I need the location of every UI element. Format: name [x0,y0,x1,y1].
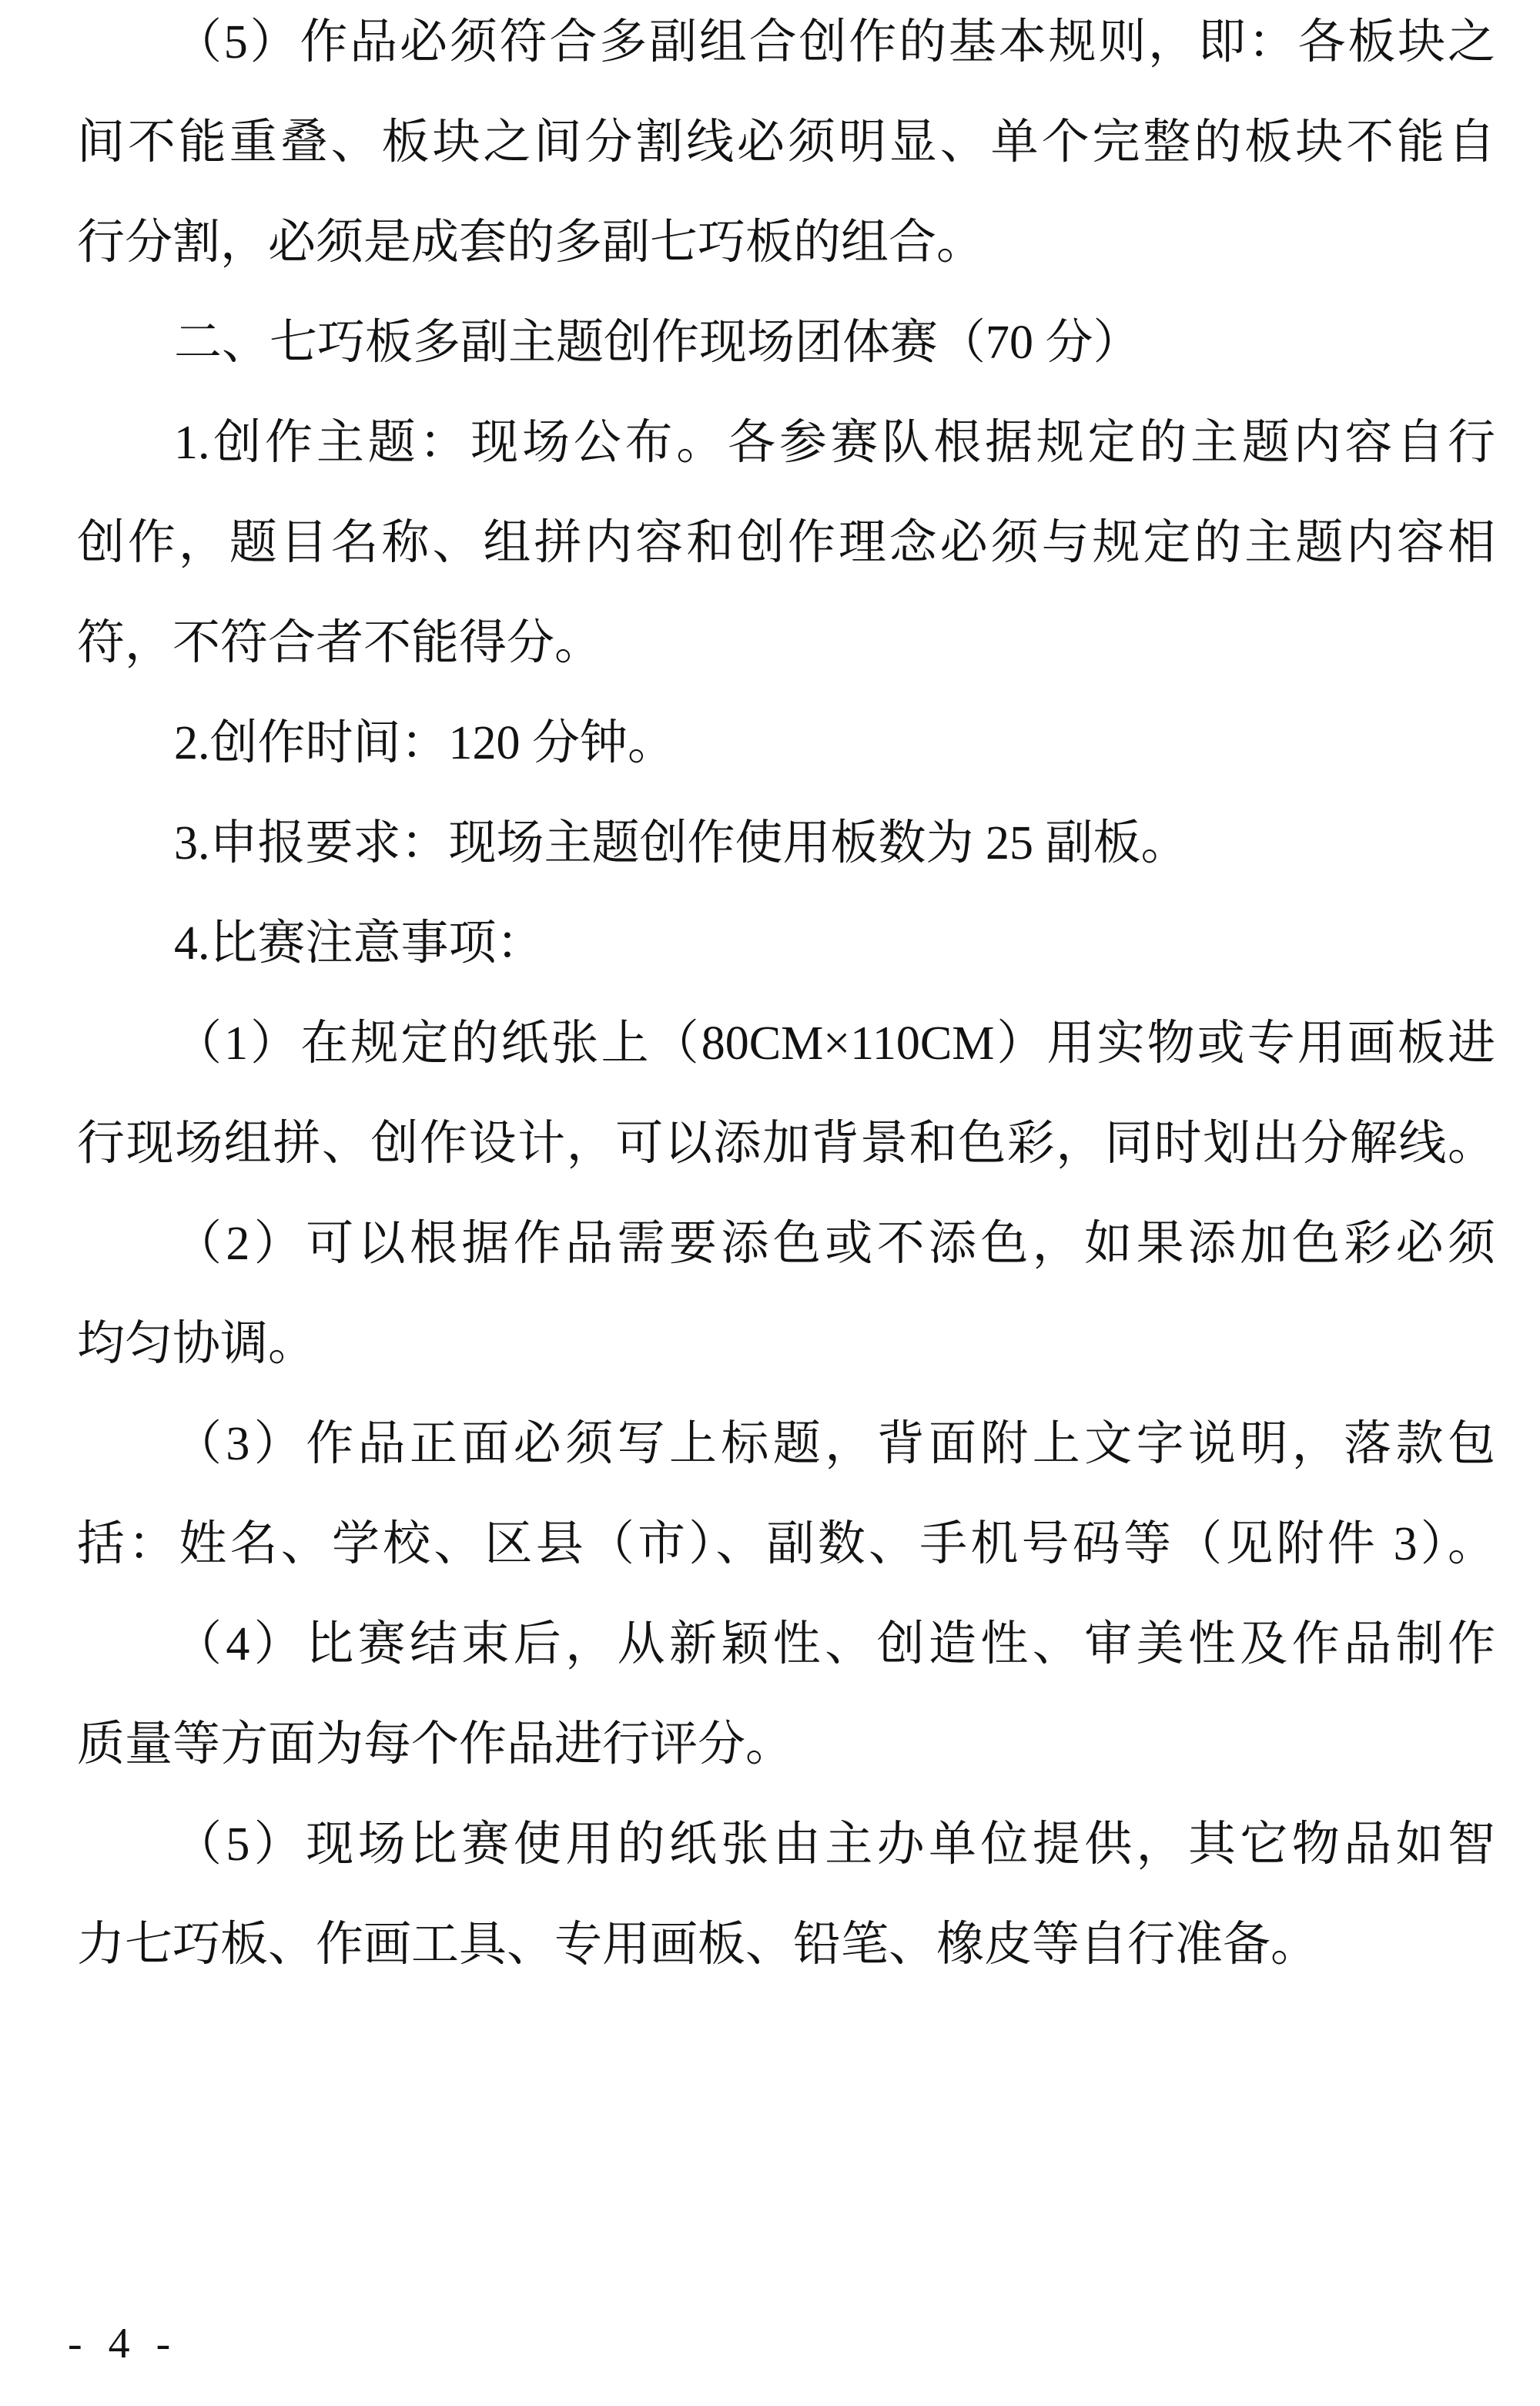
text-line: 力七巧板、作画工具、专用画板、铅笔、橡皮等自行准备。 [77,1895,1495,1995]
text-line: （1）在规定的纸张上（80CM×110CM）用实物或专用画板进 [77,994,1495,1094]
text-line: （2）可以根据作品需要添色或不添色，如果添加色彩必须 [77,1194,1495,1294]
document-page: （5）作品必须符合多副组合创作的基本规则，即：各板块之 间不能重叠、板块之间分割… [0,0,1540,2406]
text-line: 质量等方面为每个作品进行评分。 [77,1694,1495,1794]
text-line: （5）作品必须符合多副组合创作的基本规则，即：各板块之 [77,0,1495,92]
text-line: （5）现场比赛使用的纸张由主办单位提供，其它物品如智 [77,1794,1495,1895]
text-line: 行分割，必须是成套的多副七巧板的组合。 [77,193,1495,293]
page-number: - 4 - [68,2309,178,2378]
text-line: 2.创作时间：120 分钟。 [77,693,1495,793]
text-line: 符，不符合者不能得分。 [77,593,1495,693]
text-line: 均匀协调。 [77,1294,1495,1394]
text-line: 1.创作主题：现场公布。各参赛队根据规定的主题内容自行 [77,393,1495,493]
text-line: 3.申报要求：现场主题创作使用板数为 25 副板。 [77,793,1495,893]
text-line: 创作，题目名称、组拼内容和创作理念必须与规定的主题内容相 [77,493,1495,593]
section-heading-line: 二、七巧板多副主题创作现场团体赛（70 分） [77,293,1495,393]
text-line: 4.比赛注意事项： [77,893,1495,994]
text-line: （4）比赛结束后，从新颖性、创造性、审美性及作品制作 [77,1594,1495,1694]
text-line: （3）作品正面必须写上标题，背面附上文字说明，落款包 [77,1394,1495,1494]
text-line: 括：姓名、学校、区县（市）、副数、手机号码等（见附件 3）。 [77,1494,1495,1594]
text-line: 间不能重叠、板块之间分割线必须明显、单个完整的板块不能自 [77,92,1495,193]
document-text-block: （5）作品必须符合多副组合创作的基本规则，即：各板块之 间不能重叠、板块之间分割… [77,0,1495,1995]
text-line: 行现场组拼、创作设计，可以添加背景和色彩，同时划出分解线。 [77,1094,1495,1194]
